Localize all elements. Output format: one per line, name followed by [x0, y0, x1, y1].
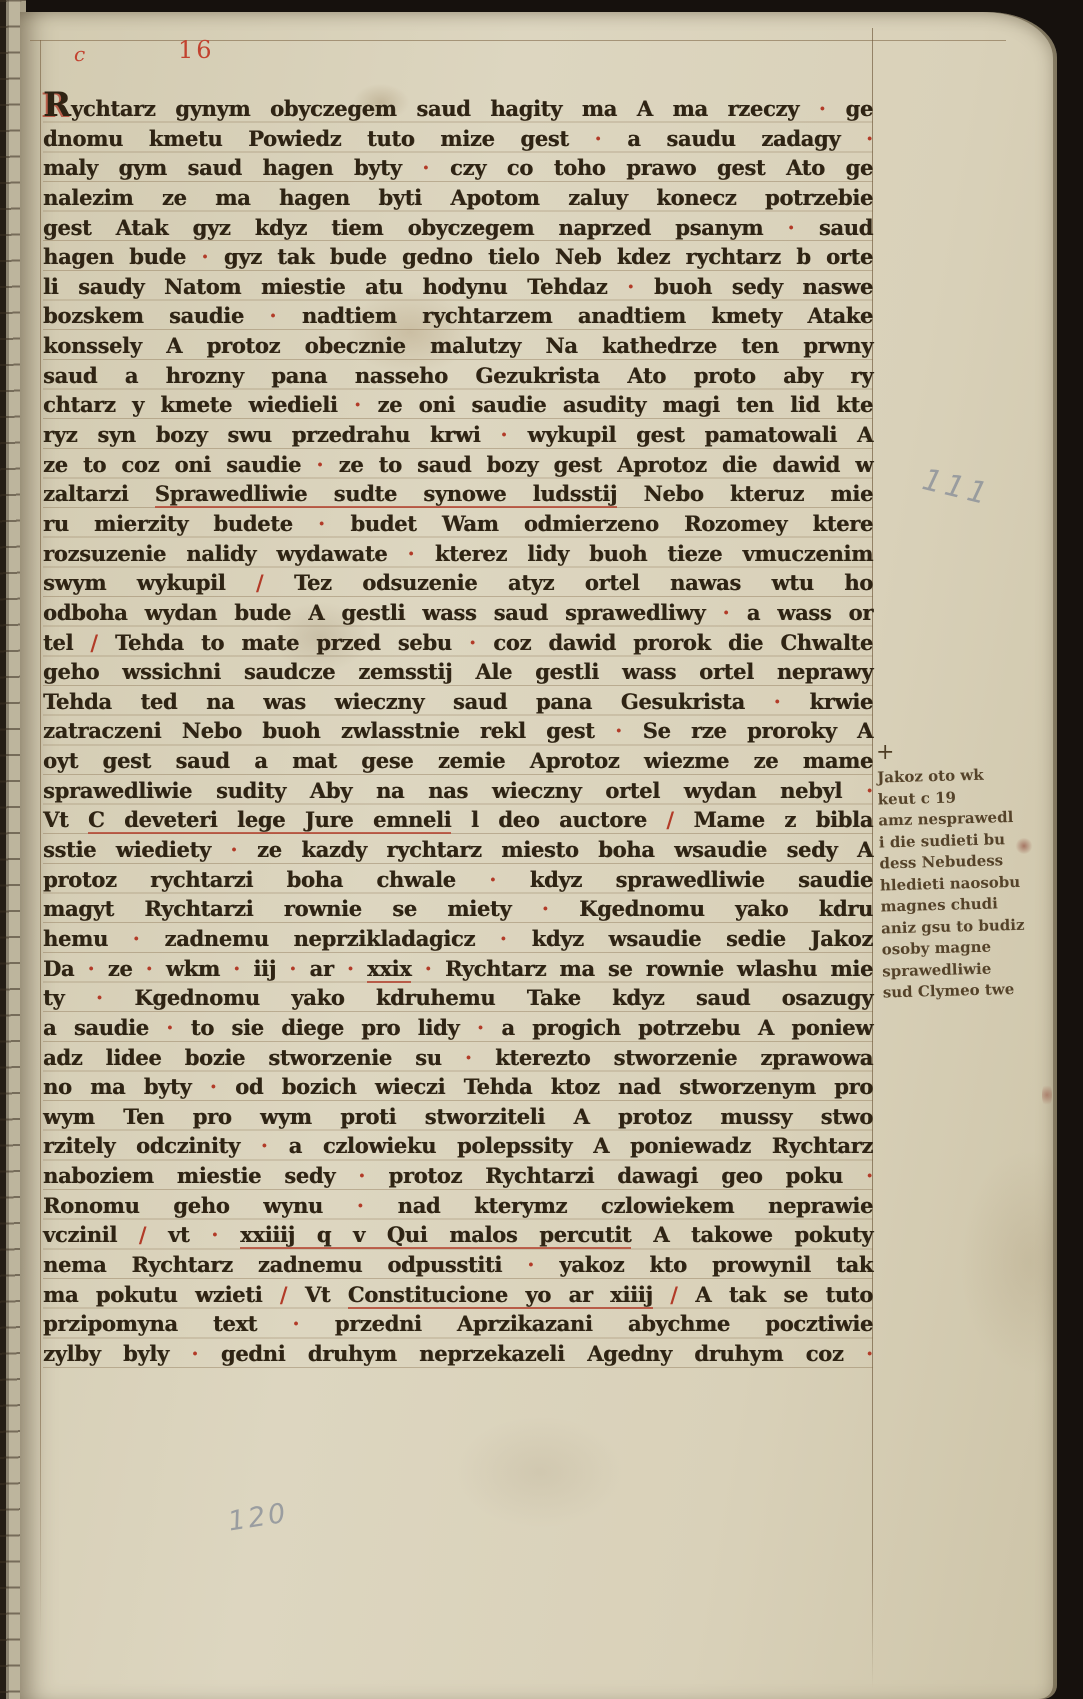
text-line: konssely A protoz obecznie malutzy Na ka… [43, 331, 873, 361]
text-line: magyt Rychtarzi rownie se miety · Kgedno… [43, 894, 873, 924]
text-line: a saudie · to sie diege pro lidy · a pro… [43, 1013, 873, 1043]
text-line: bozskem saudie · nadtiem rychtarzem anad… [43, 301, 873, 331]
marginal-cross-icon: + [876, 740, 894, 765]
ruling-left-line [40, 40, 41, 1640]
text-line: gest Atak gyz kdyz tiem obyczegem naprze… [43, 213, 873, 243]
text-line: protoz rychtarzi boha chwale · kdyz spra… [43, 865, 873, 895]
text-line: ru mierzity budete · budet Wam odmierzen… [43, 509, 873, 539]
text-line: odboha wydan bude A gestli wass saud spr… [43, 598, 873, 628]
ink-stain [1042, 1082, 1052, 1108]
manuscript-photo: c 16 111 120 Rychtarz gynym obyczegem sa… [0, 0, 1083, 1699]
folio-number-red: 16 [178, 36, 215, 64]
text-line: Tehda ted na was wieczny saud pana Gesuk… [43, 687, 873, 717]
text-line: zylby byly · gedni druhym neprzekazeli A… [43, 1339, 873, 1369]
text-line: vczinil / vt · xxiiij q v Qui malos perc… [43, 1220, 873, 1250]
text-line: ze to coz oni saudie · ze to saud bozy g… [43, 450, 873, 480]
text-line: Ronomu geho wynu · nad kterymz czlowieke… [43, 1191, 873, 1221]
text-line: dnomu kmetu Powiedz tuto mize gest · a s… [43, 124, 873, 154]
text-line: no ma byty · od bozich wieczi Tehda ktoz… [43, 1072, 873, 1102]
text-line: li saudy Natom miestie atu hodynu Tehdaz… [43, 272, 873, 302]
text-line: maly gym saud hagen byty · czy co toho p… [43, 153, 873, 183]
text-line: sprawedliwie sudity Aby na nas wieczny o… [43, 776, 873, 806]
text-line: oyt gest saud a mat gese zemie Aprotoz w… [43, 746, 873, 776]
text-line: wym Ten pro wym proti stworziteli A prot… [43, 1102, 873, 1132]
text-line: adz lidee bozie stworzenie su · kterezto… [43, 1043, 873, 1073]
text-line: zatraczeni Nebo buoh zwlasstnie rekl ges… [43, 716, 873, 746]
text-line: chtarz y kmete wiedieli · ze oni saudie … [43, 390, 873, 420]
text-line: sstie wiediety · ze kazdy rychtarz miest… [43, 835, 873, 865]
text-line: tel / Tehda to mate przed sebu · coz daw… [43, 628, 873, 658]
text-line: nema Rychtarz zadnemu odpusstiti · yakoz… [43, 1250, 873, 1280]
text-line: nalezim ze ma hagen byti Apotom zaluy ko… [43, 183, 873, 213]
text-line: przipomyna text · przedni Aprzikazani ab… [43, 1309, 873, 1339]
text-line: naboziem miestie sedy · protoz Rychtarzi… [43, 1161, 873, 1191]
text-line: Vt C deveteri lege Jure emneli l deo auc… [43, 805, 873, 835]
text-line: ryz syn bozy swu przedrahu krwi · wykupi… [43, 420, 873, 450]
text-line: swym wykupil / Tez odsuzenie atyz ortel … [43, 568, 873, 598]
text-line: rozsuzenie nalidy wydawate · kterez lidy… [43, 539, 873, 569]
text-line: ma pokutu wzieti / Vt Constitucione yo a… [43, 1280, 873, 1310]
quire-mark: c [74, 42, 85, 66]
text-line: Da · ze · wkm · iij · ar · xxix · Rychta… [43, 954, 873, 984]
marginalia-block: Jakoz oto wkkeut c 19amz nesprawedli die… [877, 763, 1073, 1004]
text-line: saud a hrozny pana nasseho Gezukrista At… [43, 361, 873, 391]
text-line: hemu · zadnemu neprzikladagicz · kdyz ws… [43, 924, 873, 954]
text-line: zaltarzi Sprawedliwie sudte synowe ludss… [43, 479, 873, 509]
text-block: Rychtarz gynym obyczegem saud hagity ma … [43, 94, 873, 1369]
text-line: Rychtarz gynym obyczegem saud hagity ma … [43, 94, 873, 124]
text-line: ty · Kgednomu yako kdruhemu Take kdyz sa… [43, 983, 873, 1013]
text-line: geho wssichni saudcze zemsstij Ale gestl… [43, 657, 873, 687]
ruling-top-line [30, 40, 1006, 41]
text-line: rzitely odczinity · a czlowieku polepssi… [43, 1131, 873, 1161]
text-line: hagen bude · gyz tak bude gedno tielo Ne… [43, 242, 873, 272]
